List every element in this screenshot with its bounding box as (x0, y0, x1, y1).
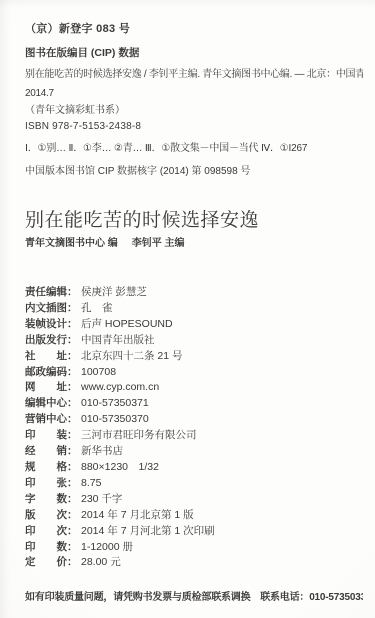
book-title: 别在能吃苦的时候选择安逸 (25, 209, 363, 233)
colophon-value: 010-57350370 (81, 412, 363, 428)
colophon-value: 三河市君旺印务有限公司 (81, 428, 363, 444)
colophon-row: 出版发行： 中国青年出版社 (25, 333, 363, 349)
colophon-label: 印 张： (25, 476, 81, 492)
colophon-row: 社 址： 北京东四十二条 21 号 (25, 349, 363, 365)
colophon-label: 经 销： (25, 444, 81, 460)
colophon-row: 邮政编码： 100708 (25, 365, 363, 381)
colophon-label: 定 价： (25, 555, 81, 571)
colophon-row: 定 价： 28.00 元 (25, 555, 363, 571)
quality-note: 如有印装质量问题，请凭购书发票与质检部联系调换 联系电话：010-5735033… (25, 590, 363, 605)
colophon-value: 100708 (81, 365, 363, 381)
byline-chief-editor: 李钊平 主编 (132, 238, 185, 249)
colophon-row: 责任编辑： 侯庚洋 彭慧芝 (25, 285, 363, 301)
colophon-value: 后声 HOPESOUND (81, 317, 363, 333)
colophon-value: 8.75 (81, 476, 363, 492)
byline: 青年文摘图书中心 编李钊平 主编 (25, 236, 363, 252)
colophon-label: 字 数： (25, 492, 81, 508)
colophon-value: 230 千字 (81, 492, 363, 508)
colophon-label: 编辑中心： (25, 396, 81, 412)
colophon-label: 印 装： (25, 428, 81, 444)
cip-entry-line1: 别在能吃苦的时候选择安逸 / 李钊平主编. 青年文摘图书中心编. — 北京：中国… (25, 65, 363, 84)
colophon-value: 侯庚洋 彭慧芝 (81, 285, 363, 301)
colophon-label: 出版发行： (25, 333, 81, 349)
copyright-page: （京）新登字 083 号 图书在版编目 (CIP) 数据 别在能吃苦的时候选择安… (0, 0, 375, 618)
colophon-label: 版 次： (25, 508, 81, 524)
colophon-value: 2014 年 7 月北京第 1 版 (81, 508, 363, 524)
register-number: （京）新登字 083 号 (25, 22, 363, 36)
colophon-value: 2014 年 7 月河北第 1 次印刷 (81, 524, 363, 540)
colophon-row: 印 张： 8.75 (25, 476, 363, 492)
cip-entry-line2: 2014.7 (25, 84, 363, 103)
colophon-label: 责任编辑： (25, 285, 81, 301)
colophon-value: 1-12000 册 (81, 540, 363, 556)
colophon-value: 28.00 元 (81, 555, 363, 571)
colophon-row: 印 数： 1-12000 册 (25, 540, 363, 556)
colophon-row: 印 装： 三河市君旺印务有限公司 (25, 428, 363, 444)
colophon-value: www.cyp.com.cn (81, 380, 363, 396)
colophon-value: 北京东四十二条 21 号 (81, 349, 363, 365)
colophon-label: 印 数： (25, 540, 81, 556)
colophon-label: 社 址： (25, 349, 81, 365)
cip-entry: 别在能吃苦的时候选择安逸 / 李钊平主编. 青年文摘图书中心编. — 北京：中国… (25, 65, 363, 103)
colophon-label: 邮政编码： (25, 365, 81, 381)
colophon-label: 营销中心： (25, 412, 81, 428)
colophon-row: 规 格： 880×1230 1/32 (25, 460, 363, 476)
cip-classification: Ⅰ．①别… Ⅱ．①李… ②青… Ⅲ．①散文集－中国－当代 Ⅳ．①I267 (25, 141, 363, 157)
series-note: （青年文摘彩虹书系） (25, 103, 363, 119)
colophon-value: 中国青年出版社 (81, 333, 363, 349)
isbn-number: ISBN 978-7-5153-2438-8 (25, 119, 363, 135)
cip-heading: 图书在版编目 (CIP) 数据 (25, 46, 363, 60)
byline-editor-org: 青年文摘图书中心 编 (25, 238, 118, 249)
colophon-label: 印 次： (25, 524, 81, 540)
colophon-row: 编辑中心： 010-57350371 (25, 396, 363, 412)
colophon-row: 装帧设计： 后声 HOPESOUND (25, 317, 363, 333)
colophon-row: 印 次： 2014 年 7 月河北第 1 次印刷 (25, 524, 363, 540)
colophon-value: 880×1230 1/32 (81, 460, 363, 476)
colophon-row: 字 数： 230 千字 (25, 492, 363, 508)
colophon-label: 规 格： (25, 460, 81, 476)
colophon-value: 孔 雀 (81, 301, 363, 317)
colophon-row: 经 销： 新华书店 (25, 444, 363, 460)
colophon-label: 内文插图： (25, 301, 81, 317)
colophon-row: 营销中心： 010-57350370 (25, 412, 363, 428)
colophon-list: 责任编辑： 侯庚洋 彭慧芝 内文插图： 孔 雀 装帧设计： 后声 HOPESOU… (25, 285, 363, 571)
colophon-label: 网 址： (25, 380, 81, 396)
colophon-value: 新华书店 (81, 444, 363, 460)
colophon-row: 内文插图： 孔 雀 (25, 301, 363, 317)
colophon-row: 版 次： 2014 年 7 月北京第 1 版 (25, 508, 363, 524)
colophon-row: 网 址： www.cyp.com.cn (25, 380, 363, 396)
colophon-label: 装帧设计： (25, 317, 81, 333)
cip-record-number: 中国版本图书馆 CIP 数据核字 (2014) 第 098598 号 (25, 164, 363, 180)
colophon-value: 010-57350371 (81, 396, 363, 412)
